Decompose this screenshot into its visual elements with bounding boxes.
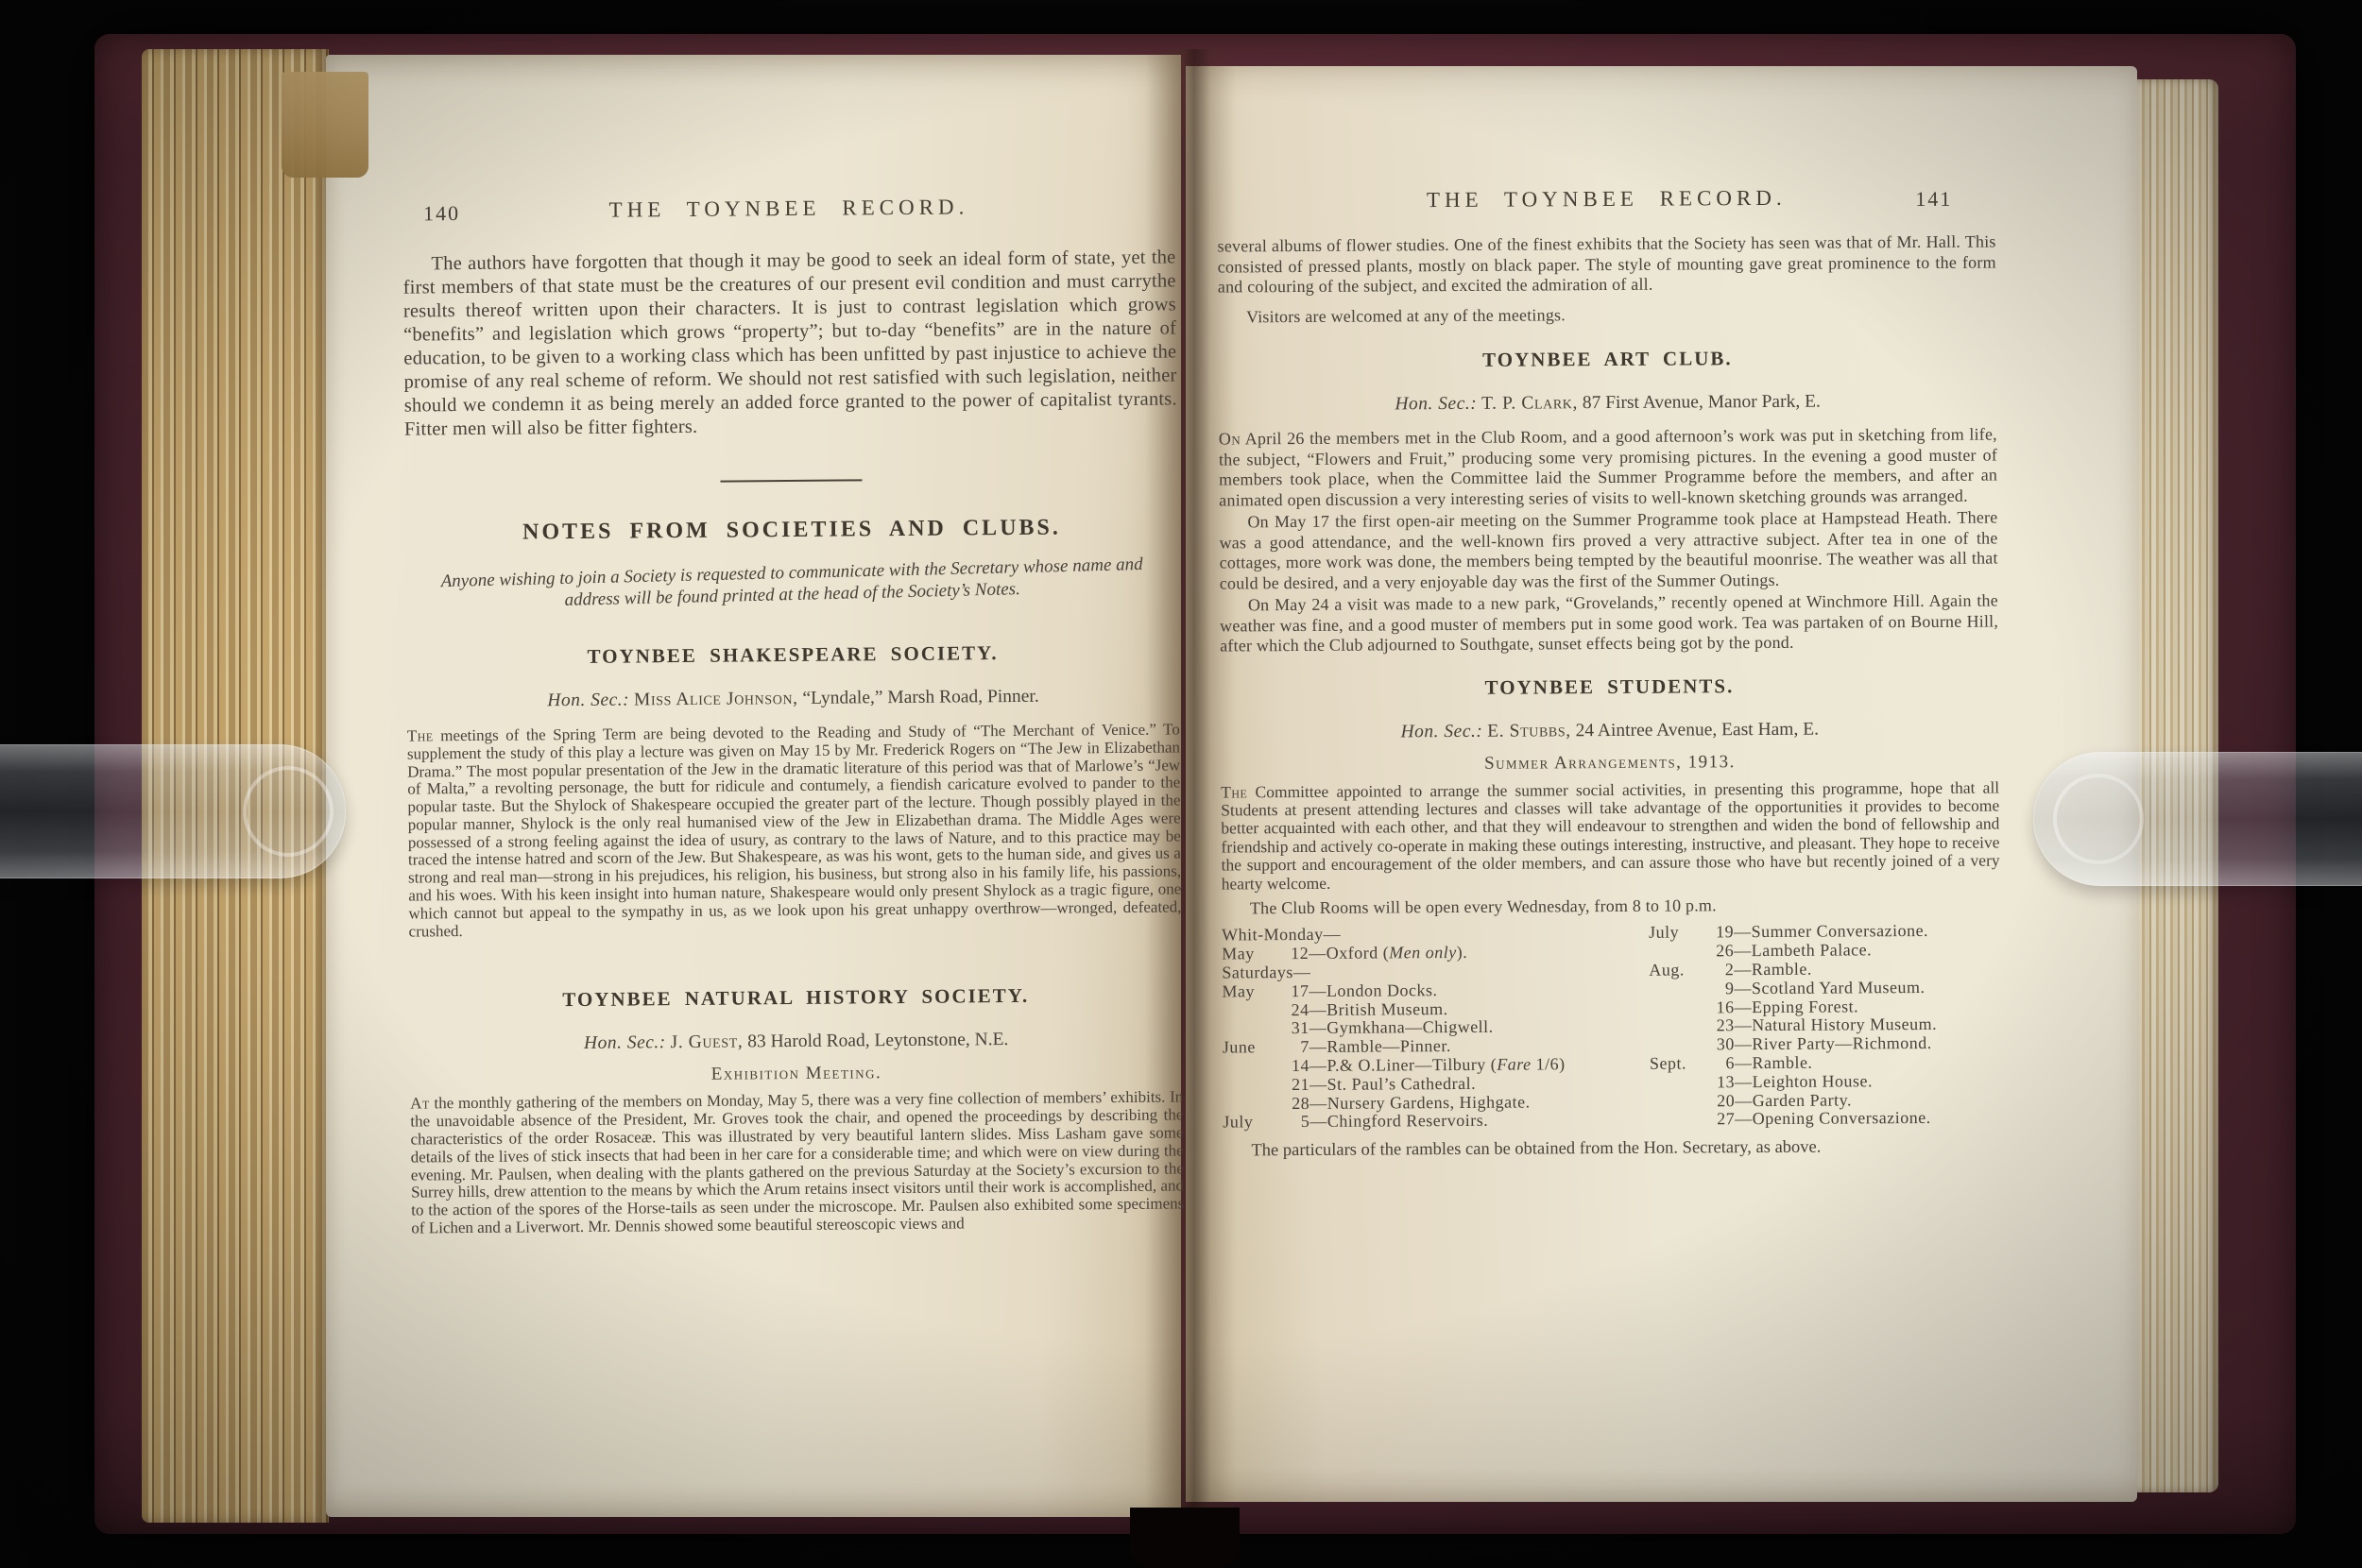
schedule-item: 9—Scotland Yard Museum.: [1649, 978, 2000, 998]
shakespeare-hon-sec: Hon. Sec.: Miss Alice Johnson, “Lyndale,…: [406, 683, 1179, 714]
schedule-destination: —Ramble—Pinner.: [1309, 1036, 1650, 1057]
schedule-day: 2: [1702, 961, 1734, 980]
page-left: 140 THE TOYNBEE RECORD. The authors have…: [326, 55, 1181, 1517]
page-number-right: 141: [1915, 187, 1952, 212]
students-paragraph: The Committee appointed to arrange the s…: [1221, 778, 2000, 893]
schedule-item: 31—Gymkhana—Chigwell.: [1223, 1017, 1650, 1039]
art-club-paragraph-2: On May 17 the first open-air meeting on …: [1219, 507, 1998, 593]
natural-history-hon-sec: Hon. Sec.: J. Guest, 83 Harold Road, Ley…: [410, 1027, 1183, 1058]
page-right: THE TOYNBEE RECORD. 141 several albums o…: [1186, 66, 2137, 1502]
schedule-destination: —River Party—Richmond.: [1735, 1034, 2001, 1055]
paragraph-body: April 26 the members met in the Club Roo…: [1219, 424, 1997, 509]
students-title: TOYNBEE STUDENTS.: [1220, 673, 1998, 701]
schedule-day: 12: [1276, 945, 1309, 963]
schedule-destination: —Ramble.: [1734, 960, 2000, 980]
schedule-day: 17: [1276, 982, 1309, 1001]
hon-sec-address: 83 Harold Road, Leytonstone, N.E.: [747, 1030, 1008, 1051]
schedule-day: 27: [1703, 1111, 1735, 1130]
schedule-column-right: July19—Summer Conversazione.26—Lambeth P…: [1649, 922, 2001, 1130]
schedule-item: July19—Summer Conversazione.: [1649, 922, 2000, 943]
schedule-group-label: Saturdays—: [1222, 962, 1649, 983]
hon-sec-address: “Lyndale,” Marsh Road, Pinner.: [802, 687, 1038, 708]
hon-sec-name: E. Stubbs,: [1487, 721, 1571, 741]
schedule-day: 21: [1277, 1076, 1309, 1095]
schedule-day: 6: [1703, 1054, 1735, 1073]
schedule-destination: —Scotland Yard Museum.: [1734, 978, 2000, 998]
hon-sec-name: J. Guest,: [671, 1032, 744, 1053]
schedule-item: 30—River Party—Richmond.: [1650, 1034, 2001, 1055]
paragraph-lead: At: [410, 1095, 430, 1113]
rambles-footer-line: The particulars of the rambles can be ob…: [1223, 1137, 2001, 1162]
club-rooms-line: The Club Rooms will be open every Wednes…: [1222, 894, 2000, 919]
schedule-destination: —Summer Conversazione.: [1734, 922, 2000, 943]
schedule-destination: —London Docks.: [1309, 980, 1649, 1001]
page-right-header: THE TOYNBEE RECORD. 141: [1217, 184, 1995, 217]
schedule-day: 14: [1277, 1057, 1309, 1076]
art-club-paragraph-3: On May 24 a visit was made to a new park…: [1220, 590, 1998, 656]
schedule-item: 26—Lambeth Palace.: [1649, 941, 2000, 962]
schedule-item: May12—Oxford (Men only).: [1222, 943, 1649, 964]
visitors-line: Visitors are welcomed at any of the meet…: [1218, 302, 1996, 328]
schedule-destination: —Ramble.: [1735, 1052, 2001, 1073]
schedule-destination: —Leighton House.: [1735, 1071, 2001, 1092]
schedule-month: Aug.: [1649, 961, 1702, 980]
art-club-hon-sec: Hon. Sec.: T. P. Clark, 87 First Avenue,…: [1219, 388, 1997, 418]
spine-gap: [1130, 1508, 1240, 1568]
schedule-month: [1650, 1111, 1703, 1130]
hon-sec-name: Miss Alice Johnson,: [634, 689, 798, 710]
schedule-item: 21—St. Paul’s Cathedral.: [1223, 1074, 1650, 1096]
page-left-header: 140 THE TOYNBEE RECORD.: [402, 193, 1175, 228]
schedule-day: 31: [1277, 1019, 1309, 1038]
section-heading: NOTES FROM SOCIETIES AND CLUBS.: [405, 514, 1178, 546]
hon-sec-label: Hon. Sec.:: [584, 1033, 666, 1054]
schedule-month: July: [1649, 924, 1702, 943]
paragraph-body: meetings of the Spring Term are being de…: [407, 720, 1182, 940]
schedule-day: 26: [1702, 942, 1734, 961]
hon-sec-label: Hon. Sec.:: [1400, 721, 1482, 741]
schedule-month: [1650, 1073, 1703, 1092]
exhibition-meeting-subheading: Exhibition Meeting.: [410, 1061, 1183, 1088]
schedule-day: 23: [1703, 1017, 1735, 1036]
schedule-destination: —Chingford Reservoirs.: [1309, 1111, 1650, 1132]
schedule-destination: —Gymkhana—Chigwell.: [1309, 1017, 1650, 1038]
students-hon-sec: Hon. Sec.: E. Stubbs, 24 Aintree Avenue,…: [1221, 716, 1999, 745]
paragraph-lead: The: [407, 726, 434, 744]
schedule-destination: —St. Paul’s Cathedral.: [1309, 1074, 1650, 1095]
schedule-item: July5—Chingford Reservoirs.: [1223, 1111, 1650, 1133]
schedule-item: 27—Opening Conversazione.: [1650, 1109, 2001, 1130]
running-title-right: THE TOYNBEE RECORD.: [1217, 184, 1995, 213]
schedule-month: [1649, 980, 1702, 998]
hon-sec-name: T. P. Clark,: [1481, 393, 1578, 414]
schedule-month: [1649, 998, 1702, 1017]
hon-sec-address: 24 Aintree Avenue, East Ham, E.: [1576, 719, 1820, 741]
schedule-item: May17—London Docks.: [1222, 980, 1649, 1002]
schedule-item: Sept.6—Ramble.: [1650, 1052, 2001, 1073]
schedule-day: 16: [1702, 998, 1734, 1017]
schedule-month: [1650, 1036, 1703, 1055]
art-club-paragraph-1: On April 26 the members met in the Club …: [1219, 424, 1998, 510]
schedule-destination: —British Museum.: [1309, 998, 1650, 1019]
book-photograph-scene: 140 THE TOYNBEE RECORD. The authors have…: [0, 0, 2362, 1568]
schedule-item: 13—Leighton House.: [1650, 1071, 2001, 1092]
page-number-left: 140: [423, 201, 460, 226]
glass-page-holder-left: [0, 744, 346, 878]
shakespeare-society-title: TOYNBEE SHAKESPEARE SOCIETY.: [406, 639, 1179, 670]
schedule-destination: —Natural History Museum.: [1735, 1015, 2001, 1036]
schedule-destination: —Epping Forest.: [1734, 997, 2000, 1017]
schedule-column-left: Whit-Monday—May12—Oxford (Men only).Satu…: [1222, 924, 1650, 1133]
section-note: Anyone wishing to join a Society is requ…: [419, 553, 1166, 614]
schedule-item: 14—P.& O.Liner—Tilbury (Fare 1/6): [1223, 1055, 1650, 1077]
schedule-destination: —P.& O.Liner—Tilbury (Fare 1/6): [1309, 1055, 1650, 1076]
continuation-paragraph: several albums of flower studies. One of…: [1218, 231, 1996, 298]
schedule-day: 5: [1277, 1113, 1309, 1132]
schedule-day: 20: [1703, 1092, 1735, 1111]
natural-history-paragraph: At the monthly gathering of the members …: [410, 1089, 1184, 1238]
hon-sec-label: Hon. Sec.:: [1395, 394, 1477, 415]
schedule-day: 19: [1702, 924, 1734, 943]
natural-history-society-title: TOYNBEE NATURAL HISTORY SOCIETY.: [409, 983, 1182, 1014]
schedule-day: 24: [1277, 1001, 1309, 1020]
page-left-text: 140 THE TOYNBEE RECORD. The authors have…: [402, 51, 1185, 1237]
glass-page-holder-right: [2033, 752, 2362, 886]
schedule-day: 7: [1277, 1038, 1309, 1057]
schedule-month: [1650, 1017, 1703, 1036]
intro-paragraph: The authors have forgotten that though i…: [402, 246, 1177, 441]
schedule-destination: —Opening Conversazione.: [1735, 1109, 2001, 1130]
schedule-day: 28: [1277, 1095, 1309, 1114]
schedule-month: [1650, 1092, 1703, 1111]
summer-arrangements-subheading: Summer Arrangements, 1913.: [1221, 750, 1999, 775]
book-gutter-shadow: [1145, 49, 1236, 1523]
schedule-destination: —Garden Party.: [1735, 1090, 2001, 1111]
schedule-destination: —Lambeth Palace.: [1734, 941, 2000, 962]
schedule-item: Aug.2—Ramble.: [1649, 960, 2000, 980]
paragraph-body: the monthly gathering of the members on …: [410, 1088, 1184, 1237]
schedule-day: 9: [1702, 980, 1734, 998]
schedule-item: 28—Nursery Gardens, Highgate.: [1223, 1092, 1650, 1114]
summer-schedule: Whit-Monday—May12—Oxford (Men only).Satu…: [1222, 922, 2001, 1133]
schedule-item: 20—Garden Party.: [1650, 1090, 2001, 1111]
hon-sec-label: Hon. Sec.:: [547, 690, 629, 710]
hon-sec-address: 87 First Avenue, Manor Park, E.: [1583, 392, 1821, 414]
schedule-destination: —Nursery Gardens, Highgate.: [1309, 1092, 1650, 1113]
schedule-item: 16—Epping Forest.: [1649, 997, 2000, 1017]
running-title-left: THE TOYNBEE RECORD.: [402, 193, 1175, 224]
paragraph-body: Committee appointed to arrange the summe…: [1221, 777, 1999, 893]
schedule-month: Sept.: [1650, 1054, 1703, 1073]
schedule-month: [1649, 943, 1702, 962]
shakespeare-paragraph: The meetings of the Spring Term are bein…: [407, 721, 1182, 941]
schedule-destination: —Oxford (Men only).: [1309, 943, 1649, 963]
schedule-day: 30: [1703, 1035, 1735, 1054]
schedule-item: 23—Natural History Museum.: [1650, 1015, 2001, 1036]
art-club-title: TOYNBEE ART CLUB.: [1218, 345, 1996, 373]
worn-page-corner: [282, 72, 368, 178]
section-divider-rule: [720, 479, 862, 482]
schedule-day: 13: [1703, 1073, 1735, 1092]
page-right-text: THE TOYNBEE RECORD. 141 several albums o…: [1216, 63, 2001, 1161]
schedule-item: June7—Ramble—Pinner.: [1223, 1036, 1650, 1058]
